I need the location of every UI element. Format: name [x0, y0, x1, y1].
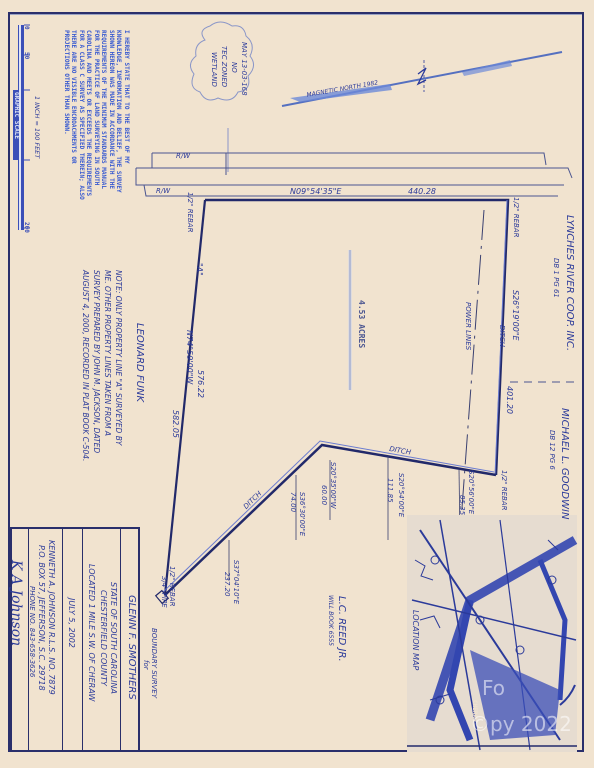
adjoiner-lynches-river-ref: DB 1 PG 61: [552, 258, 560, 298]
title-phone: PHONE NO. 843-658-3626: [28, 586, 36, 677]
east-line-bearing: S26°19'00"E: [511, 290, 520, 341]
south-line-1-distance: 85.35: [458, 495, 466, 515]
cloud-note-line4: WETLAND: [210, 52, 218, 87]
scale-tick-50: 50: [23, 52, 30, 59]
corner-se-label: 1/2" REBAR: [500, 470, 508, 510]
rw-label-top: R/W: [176, 152, 190, 160]
south-line-2-distance: 111.85: [386, 478, 394, 503]
scale-tick-0: 0: [23, 26, 30, 30]
corner-sw-label: 1/2" REBAR: [168, 566, 176, 606]
south-line-2-bearing: S20°54'00"E: [397, 473, 405, 517]
surveyor-certification: I HEREBY STATE THAT TO THE BEST OF MY KN…: [63, 30, 131, 200]
surveyor-signature: K A Johnson: [8, 560, 24, 646]
survey-plat-sheet: 0 50 200 1 INCH = 100 FEET GRAPHIC SCALE…: [0, 0, 594, 768]
watermark-copyright: ©py 2022: [470, 712, 572, 736]
corner-nw-label: 1/2" REBAR: [186, 192, 194, 232]
graphic-scale-label: GRAPHIC SCALE: [13, 92, 20, 139]
area-label: 4.53 ACRES: [357, 300, 366, 348]
survey-note: NOTE: ONLY PROPERTY LINE "A" SURVEYED BY…: [80, 270, 124, 461]
line-a-label: "A": [195, 263, 204, 276]
title-address: P.O. BOX 57, JEFFERSON, S.C. 29718: [37, 545, 46, 691]
corner-sw-pipe-label: 3/4" PIPE: [160, 576, 168, 608]
scale-tick-200: 200: [23, 222, 30, 233]
north-line-bearing: N09°54'35"E: [290, 187, 341, 196]
north-line-distance: 440.28: [408, 187, 436, 196]
note-line-3: SURVEY PREPARED BY JOHN M. JACKSON, DATE…: [91, 270, 102, 461]
road: [136, 153, 572, 196]
east-ditch-label: DITCH: [498, 325, 506, 347]
title-surveyor: KENNETH A. JOHNSON R.L.S. NO. 7879: [47, 540, 56, 695]
note-line-1: NOTE: ONLY PROPERTY LINE "A" SURVEYED BY: [113, 270, 124, 461]
location-map-label: LOCATION MAP: [411, 610, 420, 670]
adjoiner-reed: L.C. REED JR.: [336, 596, 347, 662]
scale-text: 1 INCH = 100 FEET: [33, 96, 41, 158]
note-line-2: ME. OTHER PROPERTY LINES TAKEN FROM A: [102, 270, 113, 461]
west-line-bearing: N74°59'00"W: [185, 330, 194, 384]
adjoiner-funk: LEONARD FUNK: [134, 323, 145, 402]
title-date: JULY 5, 2002: [67, 598, 76, 648]
north-arrow: [282, 52, 562, 106]
south-line-1-bearing: S20°56'00"E: [467, 470, 475, 514]
title-state: STATE OF SOUTH CAROLINA: [109, 582, 118, 694]
adjoiner-reed-ref: WILL BOOK 6555: [327, 595, 334, 646]
title-for: for: [142, 660, 150, 670]
title-boundary-survey: BOUNDARY SURVEY: [150, 628, 158, 698]
title-county: CHESTERFIELD COUNTY: [99, 590, 108, 686]
corner-ne-label: 1/2" REBAR: [512, 197, 520, 237]
west-line-distance-2: 582.05: [171, 410, 180, 438]
adjoiner-goodwin: MICHAEL L. GOODWIN: [559, 408, 570, 519]
south-line-4-distance: 74.00: [289, 492, 297, 512]
title-location: LOCATED 1 MILE S.W. OF CHERAW: [87, 564, 96, 701]
power-lines-label: POWER LINES: [464, 302, 472, 350]
adjoiner-goodwin-ref: DB 12 PG 6: [548, 430, 556, 470]
adjoiner-lynches-river-coop: LYNCHES RIVER COOP. INC.: [564, 215, 575, 351]
south-line-5-bearing: S37°04'10"E: [232, 560, 240, 604]
cloud-note-line3: TEC ZONED: [220, 46, 228, 87]
rw-label-bottom: R/W: [156, 187, 170, 195]
south-line-4-bearing: S36°30'00"E: [298, 492, 306, 536]
note-line-4: AUGUST 4, 2000, RECORDED IN PLAT BOOK C-…: [80, 270, 91, 461]
south-line-3-distance: 60.00: [320, 485, 328, 505]
watermark-logo: Fo: [482, 676, 505, 700]
south-line-3-bearing: S20°35'00"W: [329, 462, 337, 509]
west-line-distance-1: 576.22: [196, 370, 205, 398]
east-line-distance: 401.20: [505, 386, 514, 414]
cloud-note-line2: NO: [230, 62, 238, 73]
cloud-note-line1: MAY 13-03-168: [240, 42, 248, 96]
title-owner: GLENN F. SMOTHERS: [126, 595, 137, 700]
south-line-5-distance: 237.20: [223, 572, 231, 597]
